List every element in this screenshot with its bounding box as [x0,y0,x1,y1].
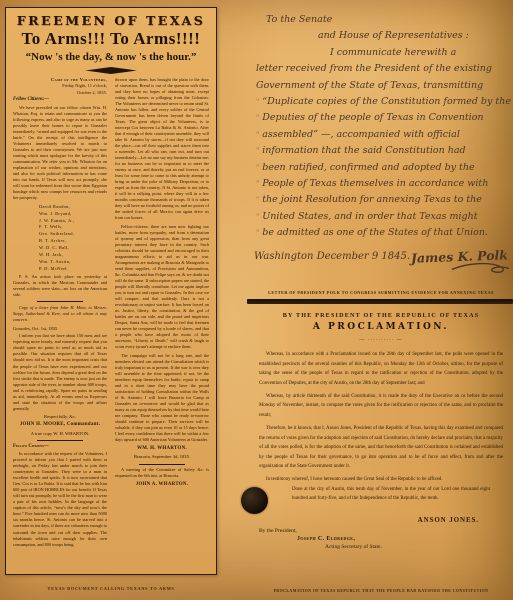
letter-heading: Copy of a letter from John H. Moor, to M… [13,305,107,323]
by-the-president-line: By the President, [259,528,503,534]
broadside-headline: To Arms!!! To Arms!!!! [13,29,209,49]
salutation: Fellow Citizens— [13,444,107,451]
signature-wharton: WM. H. WHARTON. [115,446,209,453]
letter-line: Deputies of the people of Texas in Conve… [256,110,510,126]
postscript: P. S. An action took place on yesterday … [13,274,107,298]
signer: Wm. J. Bryand, [39,211,107,217]
section-rule [139,464,185,465]
historical-documents-scan: FREEMEN OF TEXAS To Arms!!! To Arms!!!! … [0,0,513,600]
letter-line: been ratified, confirmed and adopted by … [256,160,510,176]
letter-line: be admitted as one of the States of that… [256,225,510,241]
letter-line: United States, and in order that Texas m… [256,209,510,225]
letter-line: assembled” —, accompanied with official [256,127,510,143]
proclamation-by-line: BY THE PRESIDENT OF THE REPUBLIC OF TEXA… [259,313,503,319]
letter-line: and House of Representatives : [318,28,510,44]
letter-line: I communicate herewith a [330,45,510,61]
signer: P. D. McNeel. [39,266,107,272]
great-seal-of-republic [241,487,268,514]
letter-signoff: Washington December 9 1845. James K. Pol… [252,249,510,265]
paragraph: I inform you that we have about 150 men,… [13,333,107,411]
letter-line: information that the said Constitution h… [256,143,510,159]
letter-line: To the Senate [266,12,510,28]
signer: David Randon, [39,204,107,210]
dateline-camp: Camp of the Volunteers, Friday Night, 11… [13,77,107,96]
letter-line: People of Texas themselves in accordance… [256,176,510,192]
paragraph: Fellow-citizens: there are men now fight… [115,224,209,350]
polk-letter: To the Senate and House of Representativ… [252,12,510,265]
signature-place-date: Brazoria, September 3d, 1835. [115,454,209,460]
signer: F. T. Wells, [39,224,107,230]
signoff: Respectfully, &c. [13,414,107,420]
meeting-notice: A meeting of the Committee of Safety &c.… [115,467,209,479]
signer: Geo. Sutherland, [39,231,107,237]
broadside-to-arms: FREEMEN OF TEXAS To Arms!!! To Arms!!!! … [5,7,217,575]
secretary-name: Joseph C. Eldredge, [297,536,503,542]
paragraph: The campaign will not be a long one, and… [115,353,209,443]
letter-line: the joint Resolution for annexing Texas … [256,192,510,208]
anson-jones-signature: ANSON JONES. [259,516,479,524]
dateline-gonzales: Gonzales, Oct. 1st, 1835. [13,326,107,332]
signer: J. W. Fannin, Jr., [39,218,107,224]
done-at-austin-paragraph: Done at the city of Austin, this tenth d… [292,486,490,514]
section-rule [37,301,83,302]
paragraph: In accordance with the request of the Vo… [13,451,107,547]
proclamation-title: A PROCLAMATION. [259,322,503,332]
proclamation-paragraph: Whereas, by article thirteenth of the sa… [259,392,503,421]
broadside-column-1: Camp of the Volunteers, Friday Night, 11… [13,77,107,550]
signer: Wm. T. Austin, [39,259,107,265]
signers-list: David Randon, Wm. J. Bryand, J. W. Fanni… [39,204,107,272]
seal-and-attestation: Done at the city of Austin, this tenth d… [259,486,503,514]
signer: B. T. Archer, [39,238,107,244]
proclamation-paragraph: In testimony whereof, I have hereunto ca… [259,475,503,485]
secretary-title: Acting Secretary of State. [325,544,503,550]
proclamation-paragraph: Whereas, in accordance with a Proclamati… [259,350,503,388]
signer: W. D. C. Hall, [39,245,107,251]
letter-line: “Duplicate copies of the Constitution fo… [256,94,510,110]
proclamation-paragraph: Therefore, be it known, that I, Anson Jo… [259,424,503,472]
signer: W. H. Jack, [39,252,107,258]
diamond-ornament [83,67,139,74]
paragraph: We have prevailed on our fellow citizen … [13,105,107,201]
anson-jones-proclamation: BY THE PRESIDENT OF THE REPUBLIC OF TEXA… [248,306,512,584]
broadside-columns: Camp of the Volunteers, Friday Night, 11… [13,77,209,550]
section-rule [37,440,83,441]
signature-flourish [450,259,511,277]
broadside-motto: “Now 's the day, & now 's the hour.” [13,51,209,63]
true-copy-line: A true copy W. H. WHARTON. [13,431,107,437]
signature-moore: JOHN H. MOORE, Commandant. [13,422,107,429]
polk-signature: James K. Polk [411,247,508,267]
letter-dateline: Washington December 9 1845. [254,249,410,265]
letter-line: letter received from the President of th… [256,61,510,77]
caption-broadside: TEXAS DOCUMENT CALLING TEXANS TO ARMS [5,586,217,591]
salutation: Fellow Citizens:— [13,97,107,104]
caption-polk-letter: LETTER OF PRESIDENT POLK TO CONGRESS SUB… [252,290,510,295]
broadside-column-2: thrown upon them, has brought the plain … [115,77,209,550]
broadside-masthead: FREEMEN OF TEXAS [13,13,209,28]
signature-john-wharton: JOHN A. WHARTON. [115,482,209,489]
letter-line: Government of the State of Texas, transm… [256,78,510,94]
ornament-divider: — ·········· — [259,338,503,343]
page-edge-shadow [247,299,513,304]
caption-proclamation: PROCLAMATION OF TEXAS REPUBLIC THAT THE … [252,589,510,593]
paragraph: thrown upon them, has brought the plain … [115,77,209,221]
